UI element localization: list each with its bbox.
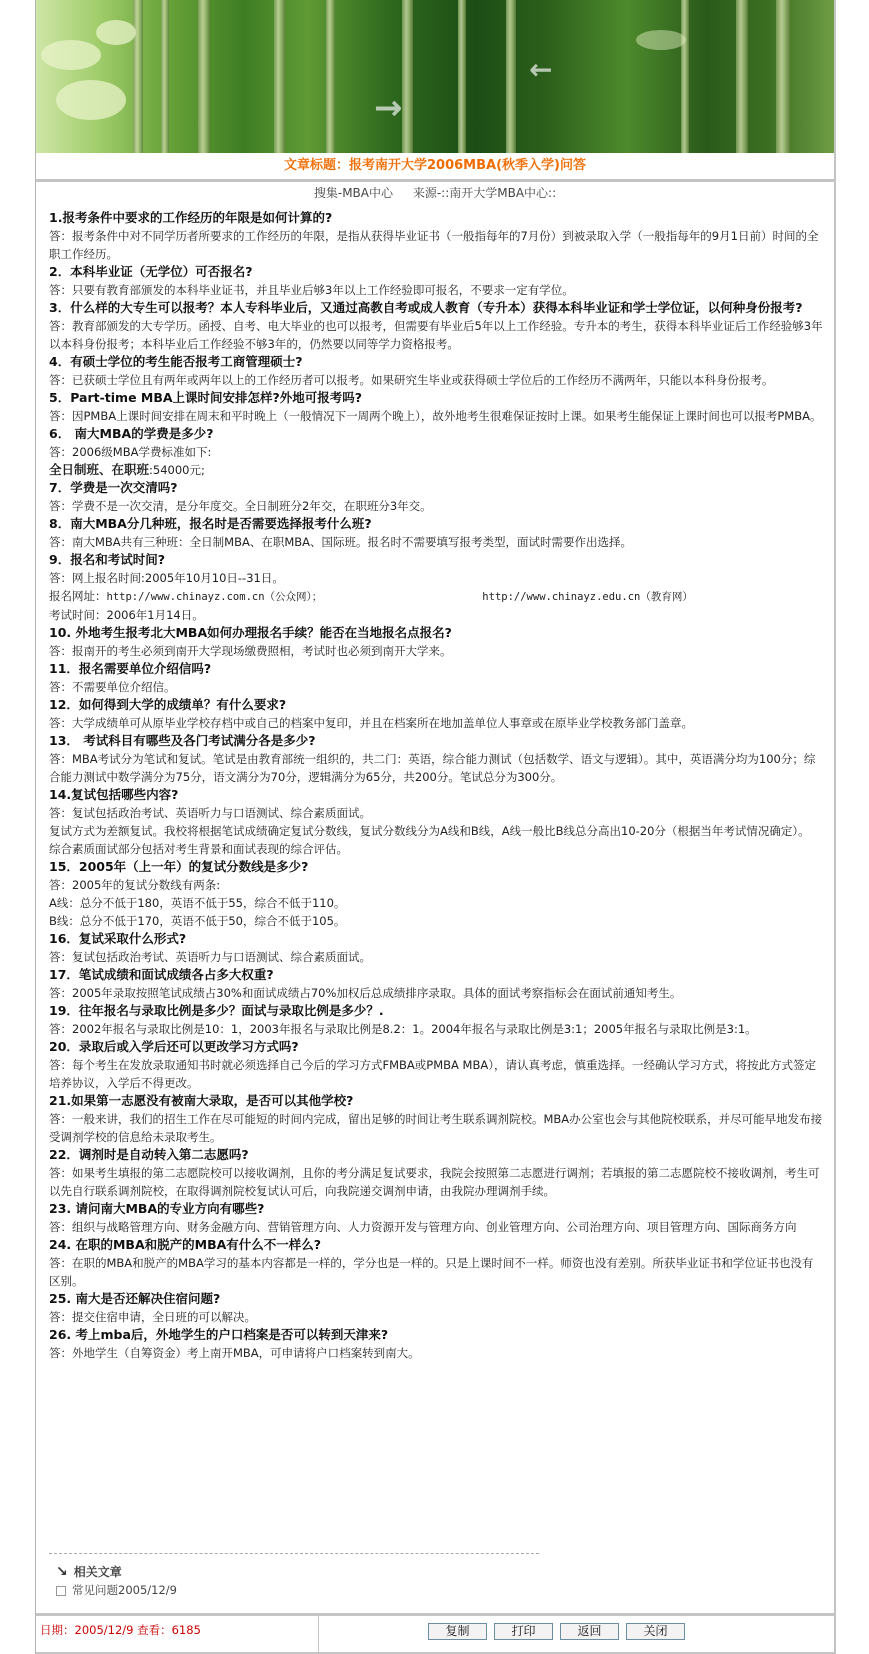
related-heading-label: 相关文章: [74, 1565, 122, 1579]
answer: 答：南大MBA共有三种班：全日制MBA、在职MBA、国际班。报名时不需要填写报考…: [49, 533, 824, 551]
qa-item: 14.复试包括哪些内容? 答：复试包括政治考试、英语听力与口语测试、综合素质面试…: [49, 786, 824, 858]
question: 3．什么样的大专生可以报考？本人专科毕业后，又通过高教自考或成人教育（专升本）获…: [49, 299, 824, 317]
related-article-label[interactable]: 常见问题2005/12/9: [72, 1583, 177, 1597]
answer: 答：2006级MBA学费标准如下:: [49, 443, 824, 461]
answer: 答：已获硕士学位且有两年或两年以上的工作经历者可以报考。如果研究生毕业或获得硕士…: [49, 371, 824, 389]
answer: 答：2005年的复试分数线有两条:: [49, 876, 824, 894]
bamboo-stalk: [133, 0, 143, 153]
question: 23. 请问南大MBA的专业方向有哪些?: [49, 1200, 824, 1218]
answer: 答：网上报名时间:2005年10月10日--31日。: [49, 569, 824, 587]
question: 2．本科毕业证（无学位）可否报名?: [49, 263, 824, 281]
answer: A线：总分不低于180，英语不低于55，综合不低于110。: [49, 894, 824, 912]
answer: 答：复试包括政治考试、英语听力与口语测试、综合素质面试。: [49, 804, 824, 822]
qa-item: 11．报名需要单位介绍信吗? 答：不需要单位介绍信。: [49, 660, 824, 696]
article-footer: 日期：2005/12/9 查看：6185 复制打印返回关闭: [36, 1613, 834, 1654]
qa-item: 9．报名和考试时间? 答：网上报名时间:2005年10月10日--31日。 报名…: [49, 551, 824, 624]
source-text: 来源-::南开大学MBA中心::: [413, 186, 556, 200]
qa-item: 23. 请问南大MBA的专业方向有哪些? 答：组织与战略管理方向、财务金融方向、…: [49, 1200, 824, 1236]
qa-item: 8．南大MBA分几种班，报名时是否需要选择报考什么班? 答：南大MBA共有三种班…: [49, 515, 824, 551]
question: 14.复试包括哪些内容?: [49, 786, 824, 804]
article-frame: → ← 文章标题：报考南开大学2006MBA(秋季入学)问答 搜集-MBA中心 …: [35, 0, 836, 1654]
answer: B线：总分不低于170，英语不低于50，综合不低于105。: [49, 912, 824, 930]
question: 5．Part-time MBA上课时间安排怎样?外地可报考吗?: [49, 389, 824, 407]
qa-item: 5．Part-time MBA上课时间安排怎样?外地可报考吗? 答：因PMBA上…: [49, 389, 824, 425]
answer: 答：报考条件中对不同学历者所要求的工作经历的年限，是指从获得毕业证书（一般指每年…: [49, 227, 824, 263]
back-button[interactable]: 返回: [560, 1623, 619, 1640]
qa-item: 12．如何得到大学的成绩单？有什么要求? 答：大学成绩单可从原毕业学校存档中或自…: [49, 696, 824, 732]
answer: 答：只要有教育部颁发的本科毕业证书，并且毕业后够3年以上工作经验即可报名，不要求…: [49, 281, 824, 299]
question: 12．如何得到大学的成绩单？有什么要求?: [49, 696, 824, 714]
arrow-left-icon: ←: [529, 53, 552, 86]
qa-item: 2．本科毕业证（无学位）可否报名? 答：只要有教育部颁发的本科毕业证书，并且毕业…: [49, 263, 824, 299]
answer: 答：学费不是一次交清，是分年度交。全日制班分2年交，在职班分3年交。: [49, 497, 824, 515]
related-articles-heading: ↘相关文章: [56, 1563, 122, 1580]
qa-item: 26. 考上mba后，外地学生的户口档案是否可以转到天津来? 答：外地学生（自筹…: [49, 1326, 824, 1362]
banner-image: → ←: [36, 0, 834, 153]
question: 17．笔试成绩和面试成绩各占多大权重?: [49, 966, 824, 984]
copy-button[interactable]: 复制: [428, 1623, 487, 1640]
answer: 答：在职的MBA和脱产的MBA学习的基本内容都是一样的，学分也是一样的。只是上课…: [49, 1254, 824, 1290]
qa-item: 13． 考试科目有哪些及各门考试满分各是多少? 答：MBA考试分为笔试和复试。笔…: [49, 732, 824, 786]
article-title: 文章标题：报考南开大学2006MBA(秋季入学)问答: [36, 153, 834, 182]
answer: 答：报南开的考生必须到南开大学现场缴费照相，考试时也必须到南开大学来。: [49, 642, 824, 660]
answer: 复试方式为差额复试。我校将根据笔试成绩确定复试分数线，复试分数线分为A线和B线，…: [49, 822, 824, 840]
url-label: 报名网址：: [49, 589, 107, 603]
question: 6． 南大MBA的学费是多少?: [49, 425, 824, 443]
answer: 答：一般来讲，我们的招生工作在尽可能短的时间内完成，留出足够的时间让考生联系调剂…: [49, 1110, 824, 1146]
question: 19．往年报名与录取比例是多少？面试与录取比例是多少？.: [49, 1002, 824, 1020]
bamboo-stalk: [274, 0, 285, 153]
question: 8．南大MBA分几种班，报名时是否需要选择报考什么班?: [49, 515, 824, 533]
qa-item: 21.如果第一志愿没有被南大录取，是否可以其他学校? 答：一般来讲，我们的招生工…: [49, 1092, 824, 1146]
qa-item: 3．什么样的大专生可以报考？本人专科毕业后，又通过高教自考或成人教育（专升本）获…: [49, 299, 824, 353]
question: 1.报考条件中要求的工作经历的年限是如何计算的?: [49, 209, 824, 227]
question: 15．2005年（上一年）的复试分数线是多少?: [49, 858, 824, 876]
article-meta: 搜集-MBA中心 来源-::南开大学MBA中心::: [36, 182, 834, 204]
answer: 答：大学成绩单可从原毕业学校存档中或自己的档案中复印，并且在档案所在地加盖单位人…: [49, 714, 824, 732]
qa-item: 17．笔试成绩和面试成绩各占多大权重? 答：2005年录取按照笔试成绩占30%和…: [49, 966, 824, 1002]
leaf-decoration: [56, 80, 126, 120]
answer: 答：不需要单位介绍信。: [49, 678, 824, 696]
bullet-icon: [56, 1586, 66, 1596]
bamboo-stalk: [402, 0, 413, 153]
question: 21.如果第一志愿没有被南大录取，是否可以其他学校?: [49, 1092, 824, 1110]
action-buttons: 复制打印返回关闭: [428, 1620, 692, 1640]
question: 16．复试采取什么形式?: [49, 930, 824, 948]
close-button[interactable]: 关闭: [626, 1623, 685, 1640]
qa-item: 24. 在职的MBA和脱产的MBA有什么不一样么? 答：在职的MBA和脱产的MB…: [49, 1236, 824, 1290]
related-article-link[interactable]: 常见问题2005/12/9: [56, 1582, 177, 1598]
answer: 答：复试包括政治考试、英语听力与口语测试、综合素质面试。: [49, 948, 824, 966]
qa-item: 16．复试采取什么形式? 答：复试包括政治考试、英语听力与口语测试、综合素质面试…: [49, 930, 824, 966]
bamboo-stalk: [681, 0, 689, 153]
qa-item: 6． 南大MBA的学费是多少? 答：2006级MBA学费标准如下: 全日制班、在…: [49, 425, 824, 479]
qa-item: 22．调剂时是自动转入第二志愿吗? 答：如果考生填报的第二志愿院校可以接收调剂，…: [49, 1146, 824, 1200]
question: 11．报名需要单位介绍信吗?: [49, 660, 824, 678]
bamboo-stalk: [161, 0, 169, 153]
qa-item: 19．往年报名与录取比例是多少？面试与录取比例是多少？. 答：2002年报名与录…: [49, 1002, 824, 1038]
date-views-info: 日期：2005/12/9 查看：6185: [36, 1616, 319, 1652]
leaf-decoration: [96, 20, 136, 45]
question: 25. 南大是否还解决住宿问题?: [49, 1290, 824, 1308]
answer: 综合素质面试部分包括对考生背景和面试表现的综合评估。: [49, 840, 824, 858]
exam-date: 考试时间：2006年1月14日。: [49, 606, 824, 624]
bamboo-stalk: [458, 0, 466, 153]
qa-item: 15．2005年（上一年）的复试分数线是多少? 答：2005年的复试分数线有两条…: [49, 858, 824, 930]
qa-item: 4．有硕士学位的考生能否报考工商管理硕士? 答：已获硕士学位且有两年或两年以上的…: [49, 353, 824, 389]
leaf-decoration: [41, 40, 101, 70]
answer: 答：每个考生在发放录取通知书时就必须选择自己今后的学习方式FMBA或PMBA M…: [49, 1056, 824, 1092]
answer: 答：提交住宿申请，全日班的可以解决。: [49, 1308, 824, 1326]
edu-net-link[interactable]: http://www.chinayz.edu.cn（教育网）: [482, 591, 693, 603]
registration-urls: 报名网址：http://www.chinayz.com.cn（公众网）；http…: [49, 587, 824, 606]
print-button[interactable]: 打印: [494, 1623, 553, 1640]
question: 13． 考试科目有哪些及各门考试满分各是多少?: [49, 732, 824, 750]
question: 24. 在职的MBA和脱产的MBA有什么不一样么?: [49, 1236, 824, 1254]
answer: 答：2005年录取按照笔试成绩占30%和面试成绩占70%加权后总成绩排序录取。具…: [49, 984, 824, 1002]
section-divider: [49, 1553, 539, 1554]
qa-item: 10. 外地考生报考北大MBA如何办理报名手续？能否在当地报名点报名? 答：报南…: [49, 624, 824, 660]
fee-class-label: 全日制班、在职班: [49, 462, 149, 477]
bamboo-stalk: [198, 0, 210, 153]
question: 26. 考上mba后，外地学生的户口档案是否可以转到天津来?: [49, 1326, 824, 1344]
bamboo-stalk: [506, 0, 516, 153]
article-body: 1.报考条件中要求的工作经历的年限是如何计算的? 答：报考条件中对不同学历者所要…: [49, 209, 824, 1362]
qa-item: 1.报考条件中要求的工作经历的年限是如何计算的? 答：报考条件中对不同学历者所要…: [49, 209, 824, 263]
bamboo-stalk: [736, 0, 748, 153]
bamboo-stalk: [326, 0, 335, 153]
leaf-decoration: [636, 30, 686, 50]
fee-amount: :54000元;: [149, 463, 205, 477]
qa-item: 20．录取后或入学后还可以更改学习方式吗? 答：每个考生在发放录取通知书时就必须…: [49, 1038, 824, 1092]
answer: 答：如果考生填报的第二志愿院校可以接收调剂，且你的考分满足复试要求，我院会按照第…: [49, 1164, 824, 1200]
answer: 答：组织与战略管理方向、财务金融方向、营销管理方向、人力资源开发与管理方向、创业…: [49, 1218, 824, 1236]
question: 10. 外地考生报考北大MBA如何办理报名手续？能否在当地报名点报名?: [49, 624, 824, 642]
qa-item: 7．学费是一次交清吗? 答：学费不是一次交清，是分年度交。全日制班分2年交，在职…: [49, 479, 824, 515]
arrow-right-icon: →: [374, 88, 403, 128]
question: 20．录取后或入学后还可以更改学习方式吗?: [49, 1038, 824, 1056]
answer: 答：2002年报名与录取比例是10：1，2003年报名与录取比例是8.2：1。2…: [49, 1020, 824, 1038]
question: 9．报名和考试时间?: [49, 551, 824, 569]
question: 7．学费是一次交清吗?: [49, 479, 824, 497]
bamboo-stalk: [776, 0, 790, 153]
question: 4．有硕士学位的考生能否报考工商管理硕士?: [49, 353, 824, 371]
qa-item: 25. 南大是否还解决住宿问题? 答：提交住宿申请，全日班的可以解决。: [49, 1290, 824, 1326]
public-net-link[interactable]: http://www.chinayz.com.cn（公众网）；: [107, 591, 323, 603]
answer: 答：外地学生（自筹资金）考上南开MBA，可申请将户口档案转到南大。: [49, 1344, 824, 1362]
collector-text: 搜集-MBA中心: [314, 186, 393, 200]
fee-line: 全日制班、在职班:54000元;: [49, 461, 824, 479]
answer: 答：MBA考试分为笔试和复试。笔试是由教育部统一组织的，共二门：英语，综合能力测…: [49, 750, 824, 786]
answer: 答：因PMBA上课时间安排在周末和平时晚上（一般情况下一周两个晚上），故外地考生…: [49, 407, 824, 425]
question: 22．调剂时是自动转入第二志愿吗?: [49, 1146, 824, 1164]
answer: 答：教育部颁发的大专学历。函授、自考、电大毕业的也可以报考，但需要有毕业后5年以…: [49, 317, 824, 353]
arrow-down-right-icon: ↘: [56, 1564, 68, 1580]
